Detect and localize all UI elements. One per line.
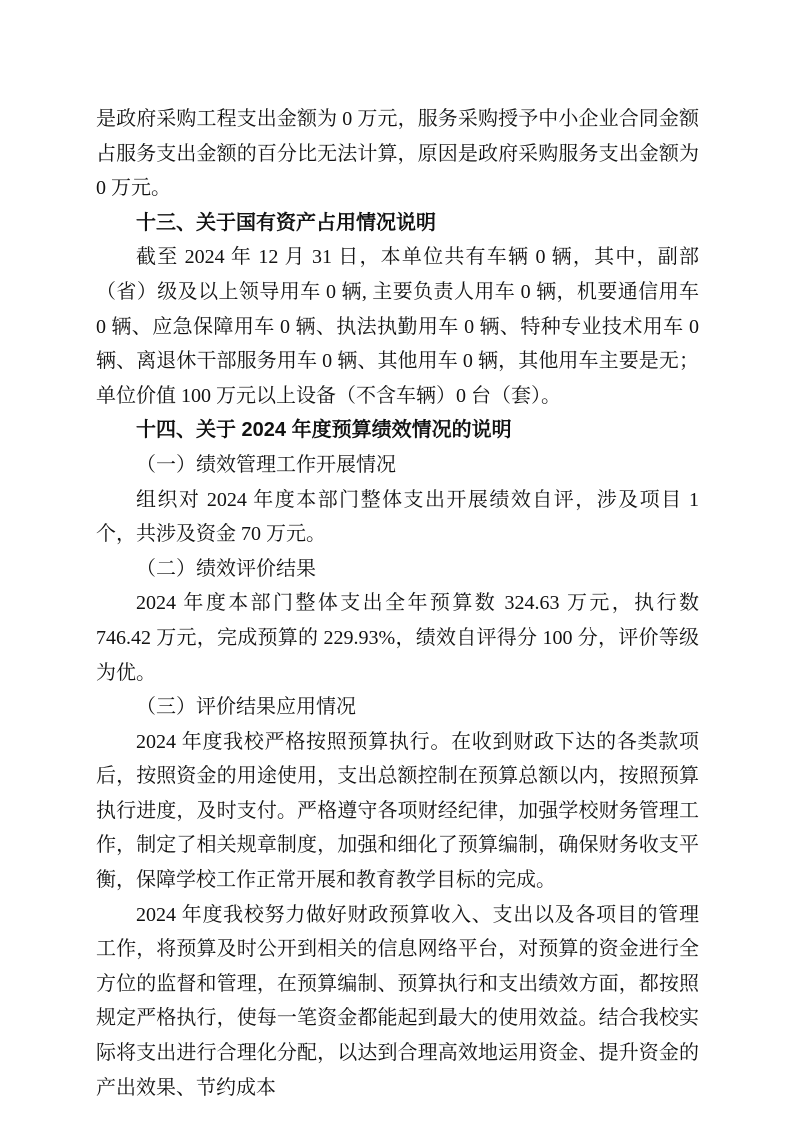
document-page: 是政府采购工程支出金额为 0 万元，服务采购授予中小企业合同金额占服务支出金额的… [0, 0, 793, 1122]
paragraph-vehicles-and-equipment: 截至 2024 年 12 月 31 日，本单位共有车辆 0 辆，其中，副部（省）… [96, 240, 699, 413]
section-heading-13-state-assets: 十三、关于国有资产占用情况说明 [96, 206, 699, 241]
paragraph-budget-discipline: 2024 年度我校严格按照预算执行。在收到财政下达的各类款项后，按照资金的用途使… [96, 725, 699, 898]
subheading-2-evaluation-results: （二）绩效评价结果 [96, 552, 699, 587]
paragraph-fund-management: 2024 年度我校努力做好财政预算收入、支出以及各项目的管理工作，将预算及时公开… [96, 898, 699, 1106]
paragraph-procurement-continuation: 是政府采购工程支出金额为 0 万元，服务采购授予中小企业合同金额占服务支出金额的… [96, 102, 699, 206]
section-heading-14-budget-performance: 十四、关于 2024 年度预算绩效情况的说明 [96, 413, 699, 448]
subheading-3-results-application: （三）评价结果应用情况 [96, 690, 699, 725]
document-body: 是政府采购工程支出金额为 0 万元，服务采购授予中小企业合同金额占服务支出金额的… [96, 102, 699, 1105]
paragraph-budget-execution-figures: 2024 年度本部门整体支出全年预算数 324.63 万元，执行数 746.42… [96, 586, 699, 690]
subheading-1-performance-management: （一）绩效管理工作开展情况 [96, 448, 699, 483]
paragraph-self-evaluation-scope: 组织对 2024 年度本部门整体支出开展绩效自评，涉及项目 1 个，共涉及资金 … [96, 483, 699, 552]
